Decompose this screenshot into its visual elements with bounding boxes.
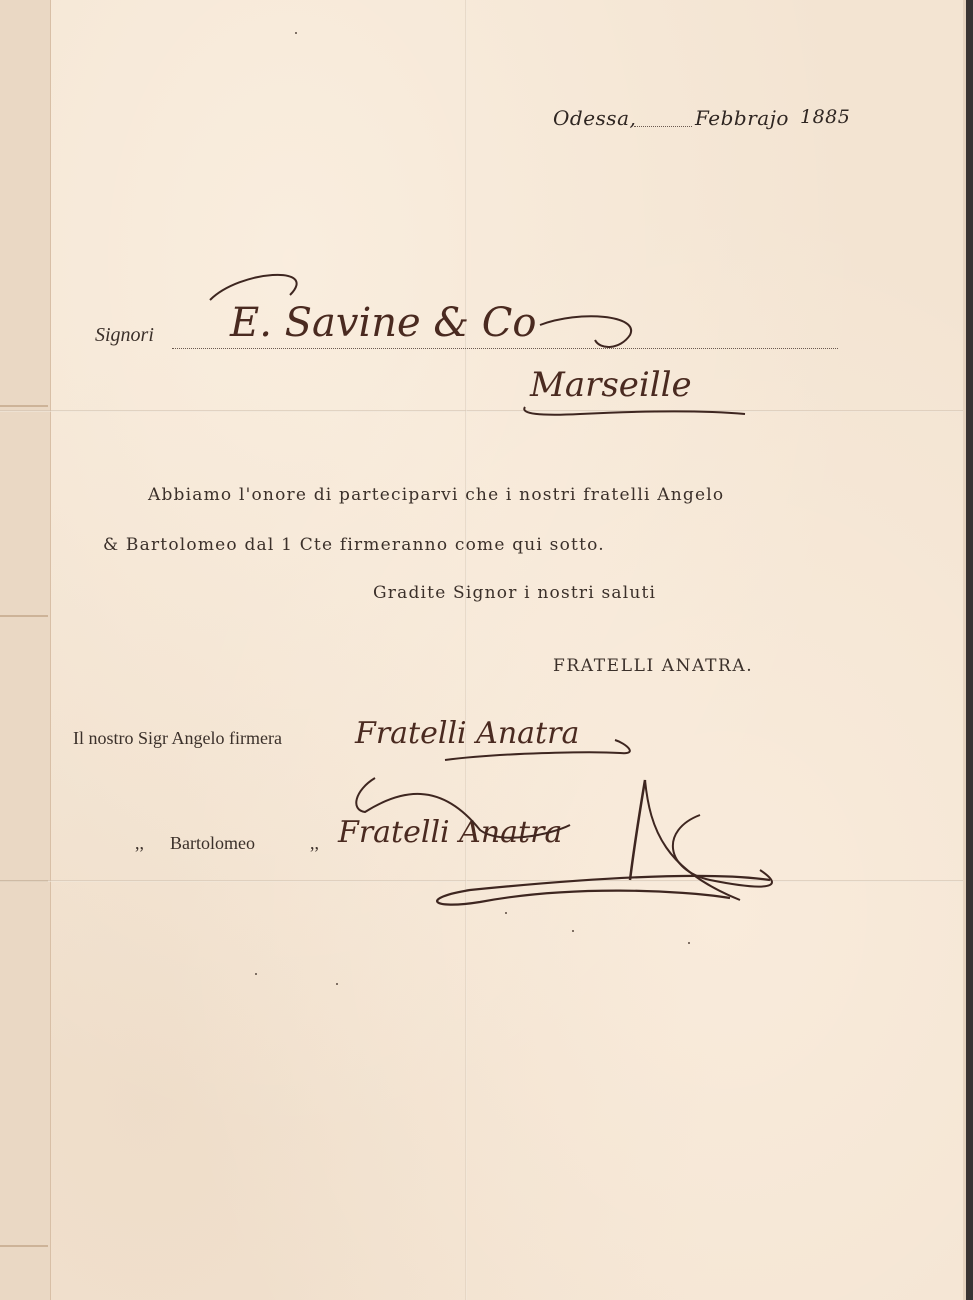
ink-speck xyxy=(572,930,574,932)
signature-2-flourish xyxy=(320,770,790,920)
sender-name: FRATELLI ANATRA. xyxy=(553,656,753,676)
date-dotted-line xyxy=(634,126,692,127)
header-month: Febbrajo xyxy=(695,106,789,130)
body-line-1: Abbiamo l'onore di parteciparvi che i no… xyxy=(148,485,724,505)
signature-2-ditto-left: ,, xyxy=(135,833,144,854)
recipient-city-handwritten: Marseille xyxy=(530,365,692,405)
ink-speck xyxy=(688,942,690,944)
ink-speck xyxy=(255,973,257,975)
horizontal-fold xyxy=(0,410,966,412)
ink-speck xyxy=(505,912,507,914)
ink-speck xyxy=(336,983,338,985)
city-underline xyxy=(520,402,760,422)
margin-tear xyxy=(0,405,48,407)
letter-paper: Odessa, Febbrajo 1885 Signori E. Savine … xyxy=(0,0,966,1300)
margin-tear xyxy=(0,1245,48,1247)
margin-tear xyxy=(0,615,48,617)
header-year: 1885 xyxy=(800,106,850,128)
torn-left-margin xyxy=(0,0,51,1300)
vertical-fold xyxy=(465,0,467,1300)
closing-line: Gradite Signor i nostri saluti xyxy=(373,583,656,603)
scanner-background-edge xyxy=(966,0,973,1300)
recipient-label: Signori xyxy=(95,324,154,347)
recipient-flourish xyxy=(200,270,660,360)
signature-2-name: Bartolomeo xyxy=(170,833,255,854)
signature-2-ditto-right: ,, xyxy=(310,833,319,854)
ink-speck xyxy=(295,32,297,34)
signature-1-prefix: Il nostro Sigr Angelo firmera xyxy=(73,728,282,749)
header-place: Odessa, xyxy=(553,106,636,130)
body-line-2: & Bartolomeo dal 1 Cte firmeranno come q… xyxy=(103,535,605,555)
signature-1-flourish xyxy=(440,735,700,775)
